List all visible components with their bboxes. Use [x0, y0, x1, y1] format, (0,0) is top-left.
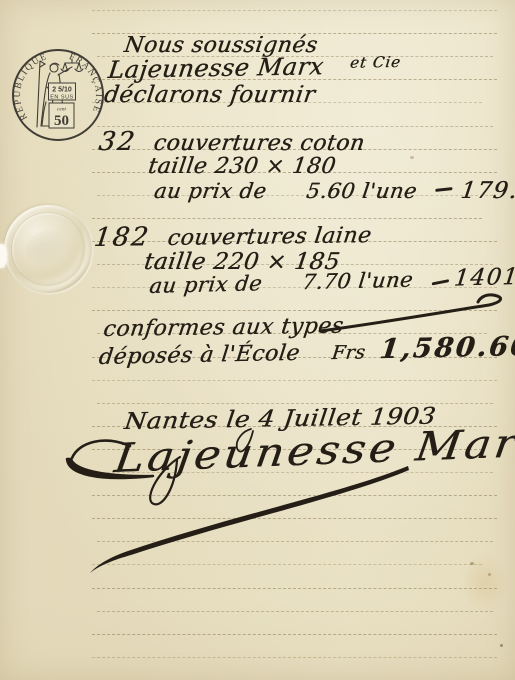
conformity-text: déposés à l'École — [97, 341, 301, 370]
stamp-value-box: cent 50 — [49, 103, 74, 129]
stamp-cent-label: cent — [57, 107, 67, 113]
ruled-line — [92, 588, 497, 589]
ruled-line — [92, 657, 497, 658]
line-amount: 179.20 — [429, 178, 515, 204]
stamp-surcharge-box: 2 5/10 EN SUS — [49, 83, 76, 101]
line-amount: 1401.40 — [426, 263, 515, 292]
stamp-surcharge-label: EN SUS — [50, 95, 73, 101]
item-row: 32couvertures coton — [97, 127, 367, 157]
ruled-line — [92, 495, 497, 496]
ruled-line — [92, 10, 497, 11]
ruled-line — [97, 611, 493, 612]
embossed-seal — [4, 205, 92, 293]
paper-speck — [488, 573, 491, 576]
price-label: au prix de — [148, 271, 263, 298]
paper-speck — [500, 644, 503, 647]
company-name: Lajeunesse Marx — [107, 52, 326, 84]
paper-stain — [462, 552, 508, 614]
company-suffix: et Cie — [349, 53, 402, 72]
total-amount: 1,580.60 — [378, 331, 515, 365]
company-line: Lajeunesse Marxet Cie — [107, 51, 403, 84]
ruled-line — [97, 541, 493, 542]
types-underline-flourish — [320, 295, 501, 331]
paper-speck — [470, 562, 474, 565]
unit-price: 5.60 l'une — [305, 179, 419, 203]
item-quantity: 182 — [92, 222, 152, 253]
ruled-line — [92, 634, 497, 635]
item-size: taille 230 × 180 — [146, 154, 337, 179]
signature-tail-flourish — [90, 466, 409, 573]
ruled-line — [92, 518, 497, 519]
declaration-action: déclarons fournir — [102, 82, 317, 108]
ruled-line — [92, 310, 497, 311]
document-page: RÉPUBLIQUE FRANÇAISE 2 5/10 EN SUS — [0, 0, 515, 680]
stamp-surcharge-value: 2 5/10 — [52, 87, 72, 94]
price-label: au prix de — [152, 179, 268, 203]
ruled-line — [92, 218, 482, 219]
fiscal-stamp: RÉPUBLIQUE FRANÇAISE 2 5/10 EN SUS — [10, 46, 106, 144]
unit-price: 7.70 l'une — [301, 268, 415, 295]
ruled-line — [92, 564, 482, 565]
item-quantity: 32 — [97, 127, 138, 157]
item-row: 182couvertures laine — [92, 219, 373, 253]
item-price-line: au prix de5.60 l'une179.20 — [152, 178, 515, 204]
item-description: couvertures laine — [166, 223, 373, 251]
stamp-face-value: 50 — [54, 113, 69, 129]
ruled-line — [92, 380, 497, 381]
currency-label: Frs — [331, 341, 367, 364]
item-description: couvertures coton — [152, 131, 366, 156]
paper-speck — [410, 156, 414, 159]
